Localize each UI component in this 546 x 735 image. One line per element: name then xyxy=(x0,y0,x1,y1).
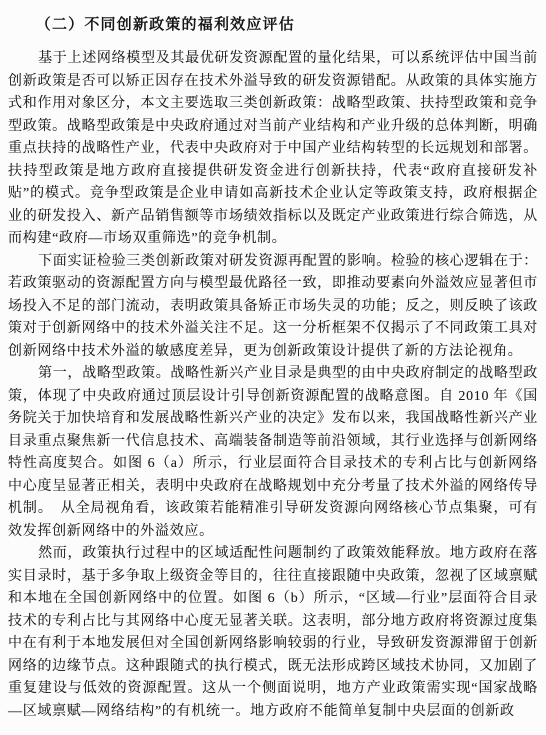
document-body: 基于上述网络模型及其最优研发资源配置的量化结果，可以系统评估中国当前创新政策是否… xyxy=(8,48,538,723)
paragraph: 基于上述网络模型及其最优研发资源配置的量化结果，可以系统评估中国当前创新政策是否… xyxy=(8,48,538,251)
paragraph: 然而，政策执行过程中的区域适配性问题制约了政策效能释放。地方政府在落实目录时，基… xyxy=(8,543,538,723)
paragraph: 下面实证检验三类创新政策对研发资源再配置的影响。检验的核心逻辑在于：若政策驱动的… xyxy=(8,251,538,364)
document-page: （二）不同创新政策的福利效应评估 基于上述网络模型及其最优研发资源配置的量化结果… xyxy=(0,0,546,735)
section-heading: （二）不同创新政策的福利效应评估 xyxy=(8,15,538,34)
paragraph: 第一，战略型政策。战略性新兴产业目录是典型的由中央政府制定的战略型政策，体现了中… xyxy=(8,363,538,543)
